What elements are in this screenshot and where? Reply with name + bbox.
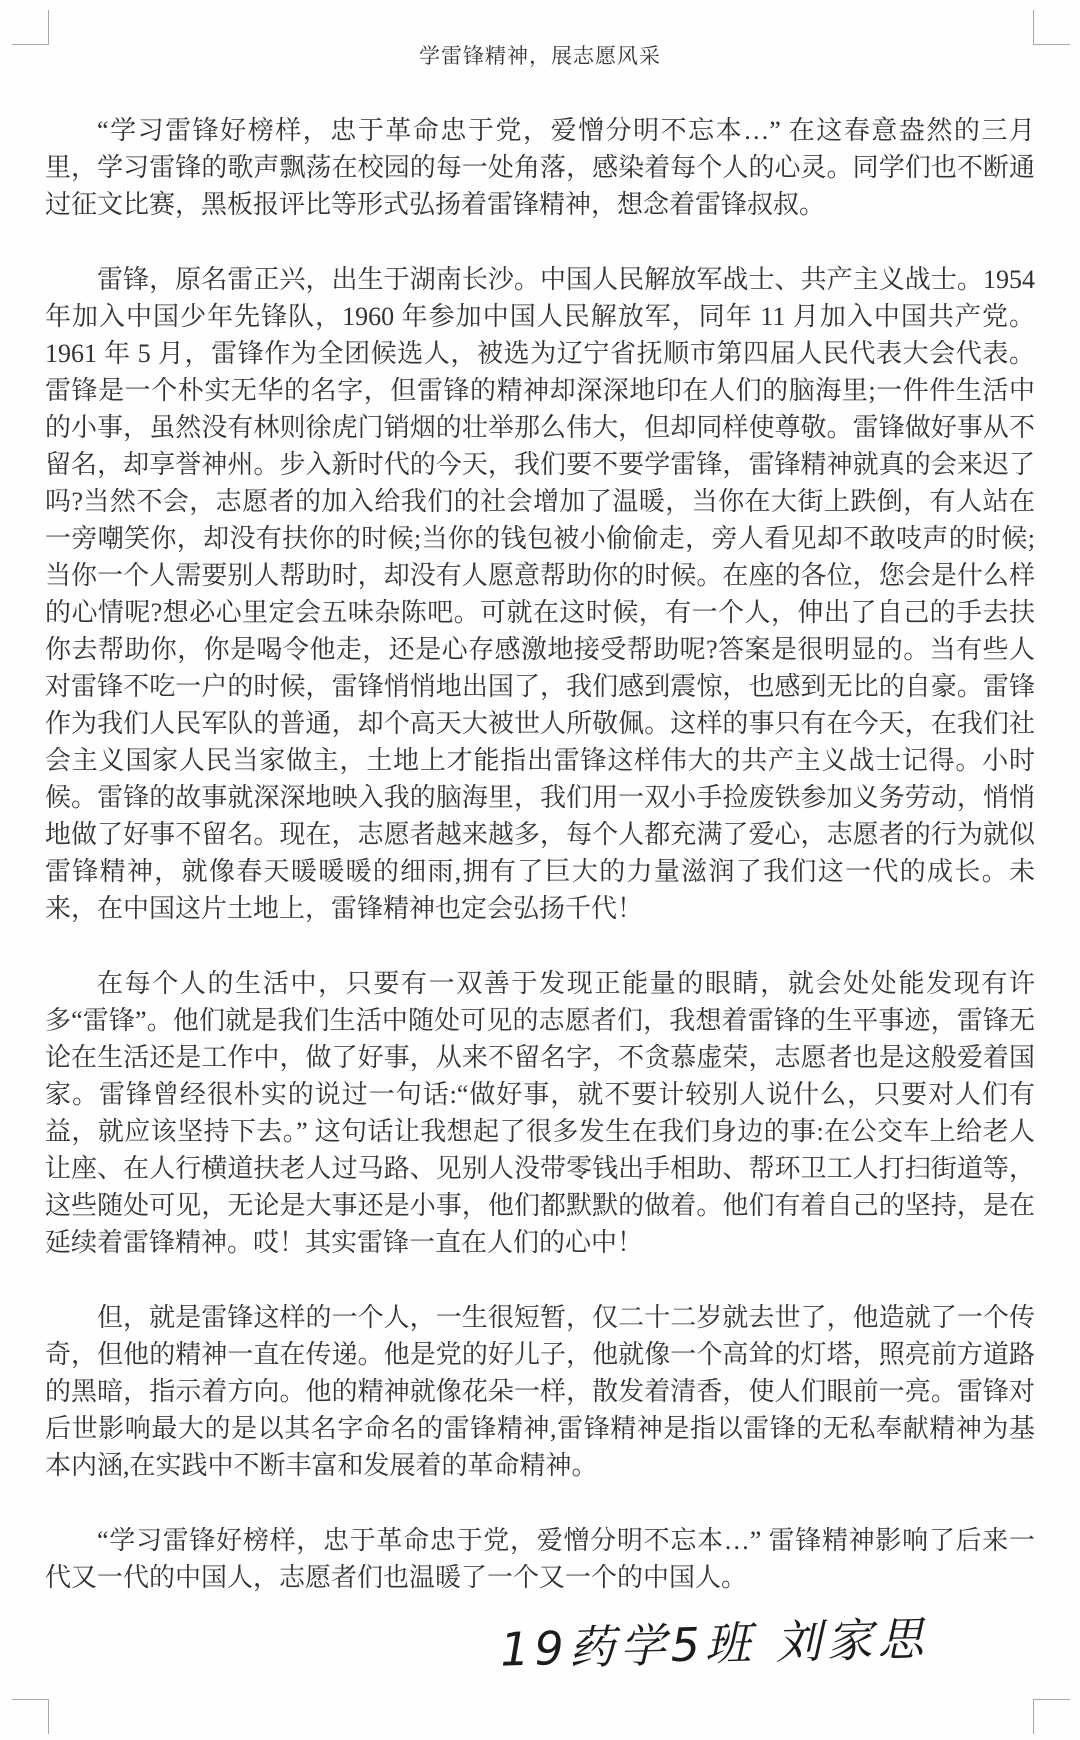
essay-paragraph: 在每个人的生活中，只要有一双善于发现正能量的眼睛，就会处处能发现有许多“雷锋”。…: [45, 965, 1035, 1261]
crop-mark-bottom-left: [12, 1699, 49, 1734]
essay-paragraph: “学习雷锋好榜样，忠于革命忠于党，爱憎分明不忘本…” 雷锋精神影响了后来一代又一…: [45, 1522, 1035, 1596]
essay-paragraph: 但，就是雷锋这样的一个人，一生很短暂，仅二十二岁就去世了，他造就了一个传奇，但他…: [45, 1299, 1035, 1484]
page-title: 学雷锋精神，展志愿风采: [0, 40, 1080, 70]
essay-paragraph: “学习雷锋好榜样，忠于革命忠于党，爱憎分明不忘本…” 在这春意盎然的三月里，学习…: [45, 112, 1035, 223]
essay-body: “学习雷锋好榜样，忠于革命忠于党，爱憎分明不忘本…” 在这春意盎然的三月里，学习…: [45, 112, 1035, 1634]
document-page: 学雷锋精神，展志愿风采 “学习雷锋好榜样，忠于革命忠于党，爱憎分明不忘本…” 在…: [0, 0, 1080, 1740]
essay-paragraph: 雷锋，原名雷正兴，出生于湖南长沙。中国人民解放军战士、共产主义战士。1954 年…: [45, 261, 1035, 927]
handwritten-signature: 19药学5班 刘家思: [499, 1602, 931, 1679]
crop-mark-bottom-right: [1033, 1699, 1070, 1734]
